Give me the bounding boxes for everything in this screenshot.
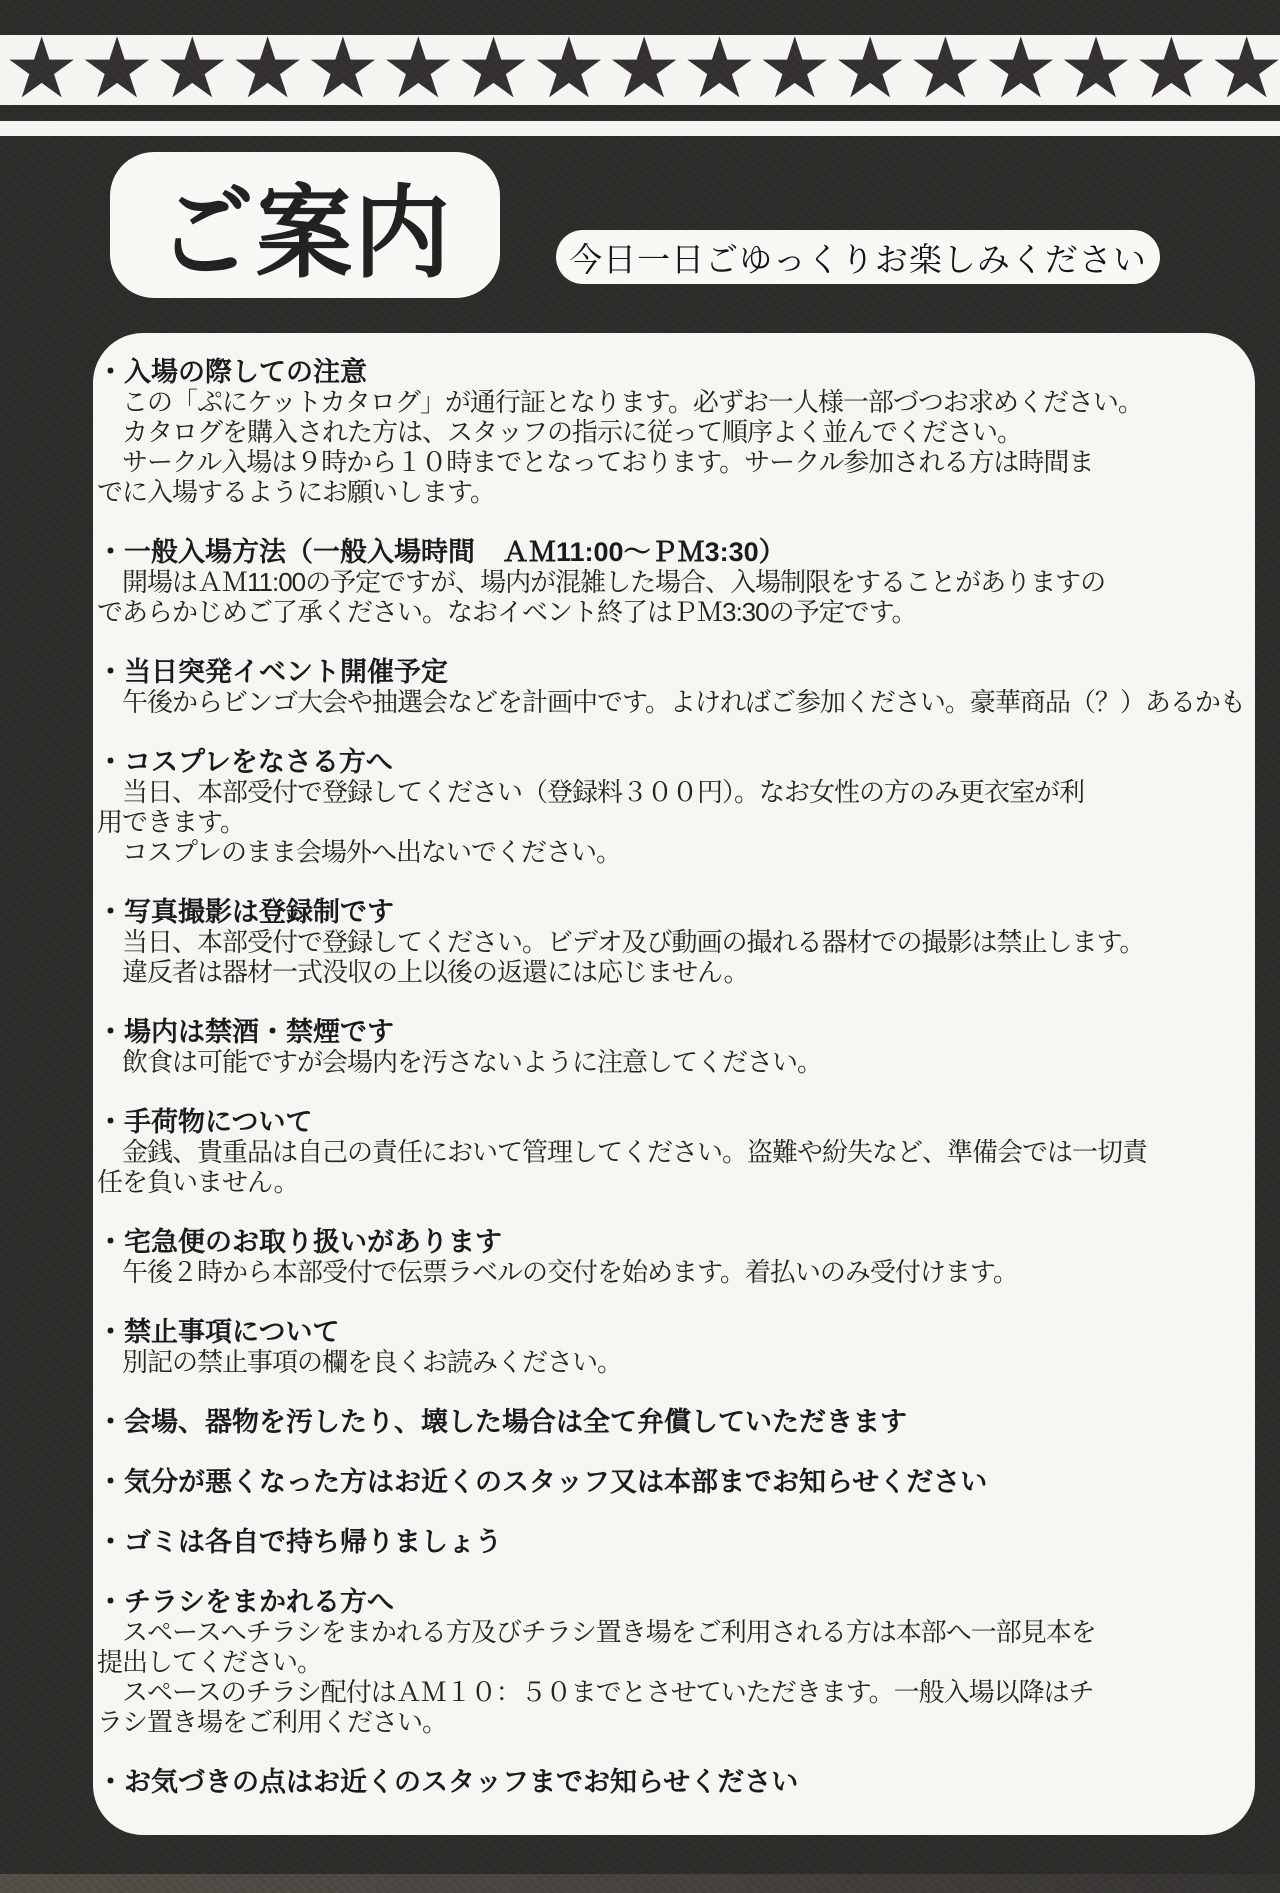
notice-heading: ・チラシをまかれる方へ xyxy=(97,1587,1249,1617)
notice-heading: ・当日突発イベント開催予定 xyxy=(97,657,1249,687)
notice-section: ・ゴミは各自で持ち帰りましょう xyxy=(97,1527,1249,1557)
star-icon: ★ xyxy=(908,35,983,105)
star-band: ★★★★★★★★★★★★★★★★★★★★ xyxy=(0,35,1280,105)
notice-panel: ・入場の際しての注意 この「ぷにケットカタログ」が通行証となります。必ずお一人様… xyxy=(93,333,1255,1835)
page-subtitle: 今日一日ごゆっくりお楽しみください xyxy=(569,234,1147,281)
star-icon: ★ xyxy=(381,35,456,105)
notice-line: 違反者は器材一式没収の上以後の返還には応じません。 xyxy=(97,957,1249,987)
notice-heading: ・コスプレをなさる方へ xyxy=(97,747,1249,777)
notice-section: ・手荷物について 金銭、貴重品は自己の責任において管理してください。盗難や紛失な… xyxy=(97,1107,1249,1197)
notice-heading: ・入場の際しての注意 xyxy=(97,357,1249,387)
notice-section: ・コスプレをなさる方へ 当日、本部受付で登録してください（登録料３００円）。なお… xyxy=(97,747,1249,867)
notice-section: ・気分が悪くなった方はお近くのスタッフ又は本部までお知らせください xyxy=(97,1467,1249,1497)
star-icon: ★ xyxy=(757,35,832,105)
star-icon: ★ xyxy=(4,35,79,105)
notice-heading: ・宅急便のお取り扱いがあります xyxy=(97,1227,1249,1257)
notice-line: スペースのチラシ配付はＡＭ１０：５０までとさせていただきます。一般入場以降はチ xyxy=(97,1677,1249,1707)
notice-section: ・場内は禁酒・禁煙です 飲食は可能ですが会場内を汚さないように注意してください。 xyxy=(97,1017,1249,1077)
notice-line: カタログを購入された方は、スタッフの指示に従って順序よく並んでください。 xyxy=(97,417,1249,447)
star-icon: ★ xyxy=(79,35,154,105)
notice-line: 任を負いません。 xyxy=(97,1167,1249,1197)
star-icon: ★ xyxy=(983,35,1058,105)
star-icon: ★ xyxy=(155,35,230,105)
notice-line: であらかじめご了承ください。なおイベント終了はＰＭ3:30の予定です。 xyxy=(97,597,1249,627)
notice-line: でに入場するようにお願いします。 xyxy=(97,477,1249,507)
notice-line: 当日、本部受付で登録してください（登録料３００円）。なお女性の方のみ更衣室が利 xyxy=(97,777,1249,807)
star-icon: ★ xyxy=(1058,35,1133,105)
star-icon: ★ xyxy=(1134,35,1209,105)
notice-line: コスプレのまま会場外へ出ないでください。 xyxy=(97,837,1249,867)
star-icon: ★ xyxy=(305,35,380,105)
notice-line: 当日、本部受付で登録してください。ビデオ及び動画の撮れる器材での撮影は禁止します… xyxy=(97,927,1249,957)
notice-heading: ・手荷物について xyxy=(97,1107,1249,1137)
notice-line: サークル入場は９時から１０時までとなっております。サークル参加される方は時間ま xyxy=(97,447,1249,477)
divider-stripe-light xyxy=(0,121,1280,136)
star-icon: ★ xyxy=(230,35,305,105)
notice-section: ・宅急便のお取り扱いがあります 午後２時から本部受付で伝票ラベルの交付を始めます… xyxy=(97,1227,1249,1287)
star-icon: ★ xyxy=(456,35,531,105)
star-row: ★★★★★★★★★★★★★★★★★★★★ xyxy=(4,35,1280,105)
page-title-box: ご案内 xyxy=(110,152,500,298)
notice-line: 提出してください。 xyxy=(97,1647,1249,1677)
notice-line: 午後からビンゴ大会や抽選会などを計画中です。よければご参加ください。豪華商品（？… xyxy=(97,687,1249,717)
notice-heading: ・会場、器物を汚したり、壊した場合は全て弁償していただきます xyxy=(97,1407,1249,1437)
notice-heading: ・一般入場方法（一般入場時間 ＡＭ11:00～ＰＭ3:30） xyxy=(97,537,1249,567)
notice-section: ・写真撮影は登録制です 当日、本部受付で登録してください。ビデオ及び動画の撮れる… xyxy=(97,897,1249,987)
notice-section: ・一般入場方法（一般入場時間 ＡＭ11:00～ＰＭ3:30） 開場はＡＭ11:0… xyxy=(97,537,1249,627)
notice-line: 飲食は可能ですが会場内を汚さないように注意してください。 xyxy=(97,1047,1249,1077)
notice-section: ・チラシをまかれる方へ スペースへチラシをまかれる方及びチラシ置き場をご利用され… xyxy=(97,1587,1249,1737)
notice-section: ・お気づきの点はお近くのスタッフまでお知らせください xyxy=(97,1767,1249,1797)
notice-heading: ・禁止事項について xyxy=(97,1317,1249,1347)
notice-line: この「ぷにケットカタログ」が通行証となります。必ずお一人様一部づつお求めください… xyxy=(97,387,1249,417)
scanned-guide-page: ★★★★★★★★★★★★★★★★★★★★ ご案内 今日一日ごゆっくりお楽しみくだ… xyxy=(0,0,1280,1893)
notice-line: ラシ置き場をご利用ください。 xyxy=(97,1707,1249,1737)
notice-section: ・入場の際しての注意 この「ぷにケットカタログ」が通行証となります。必ずお一人様… xyxy=(97,357,1249,507)
star-icon: ★ xyxy=(682,35,757,105)
notice-line: 開場はＡＭ11:00の予定ですが、場内が混雑した場合、入場制限をすることがありま… xyxy=(97,567,1249,597)
notice-section: ・会場、器物を汚したり、壊した場合は全て弁償していただきます xyxy=(97,1407,1249,1437)
notice-line: スペースへチラシをまかれる方及びチラシ置き場をご利用される方は本部へ一部見本を xyxy=(97,1617,1249,1647)
page-title: ご案内 xyxy=(158,153,452,297)
divider-stripe-dark xyxy=(0,105,1280,121)
notice-heading: ・場内は禁酒・禁煙です xyxy=(97,1017,1249,1047)
scan-edge-strip xyxy=(0,1874,1280,1893)
star-icon: ★ xyxy=(531,35,606,105)
notice-heading: ・お気づきの点はお近くのスタッフまでお知らせください xyxy=(97,1767,1249,1797)
notice-list: ・入場の際しての注意 この「ぷにケットカタログ」が通行証となります。必ずお一人様… xyxy=(97,357,1249,1797)
notice-line: 別記の禁止事項の欄を良くお読みください。 xyxy=(97,1347,1249,1377)
star-icon: ★ xyxy=(607,35,682,105)
notice-line: 金銭、貴重品は自己の責任において管理してください。盗難や紛失など、準備会では一切… xyxy=(97,1137,1249,1167)
notice-section: ・当日突発イベント開催予定 午後からビンゴ大会や抽選会などを計画中です。よければ… xyxy=(97,657,1249,717)
star-icon: ★ xyxy=(1209,35,1280,105)
page-subtitle-box: 今日一日ごゆっくりお楽しみください xyxy=(556,230,1160,284)
notice-heading: ・気分が悪くなった方はお近くのスタッフ又は本部までお知らせください xyxy=(97,1467,1249,1497)
notice-heading: ・ゴミは各自で持ち帰りましょう xyxy=(97,1527,1249,1557)
notice-line: 午後２時から本部受付で伝票ラベルの交付を始めます。着払いのみ受付けます。 xyxy=(97,1257,1249,1287)
notice-heading: ・写真撮影は登録制です xyxy=(97,897,1249,927)
notice-section: ・禁止事項について 別記の禁止事項の欄を良くお読みください。 xyxy=(97,1317,1249,1377)
notice-line: 用できます。 xyxy=(97,807,1249,837)
star-icon: ★ xyxy=(832,35,907,105)
